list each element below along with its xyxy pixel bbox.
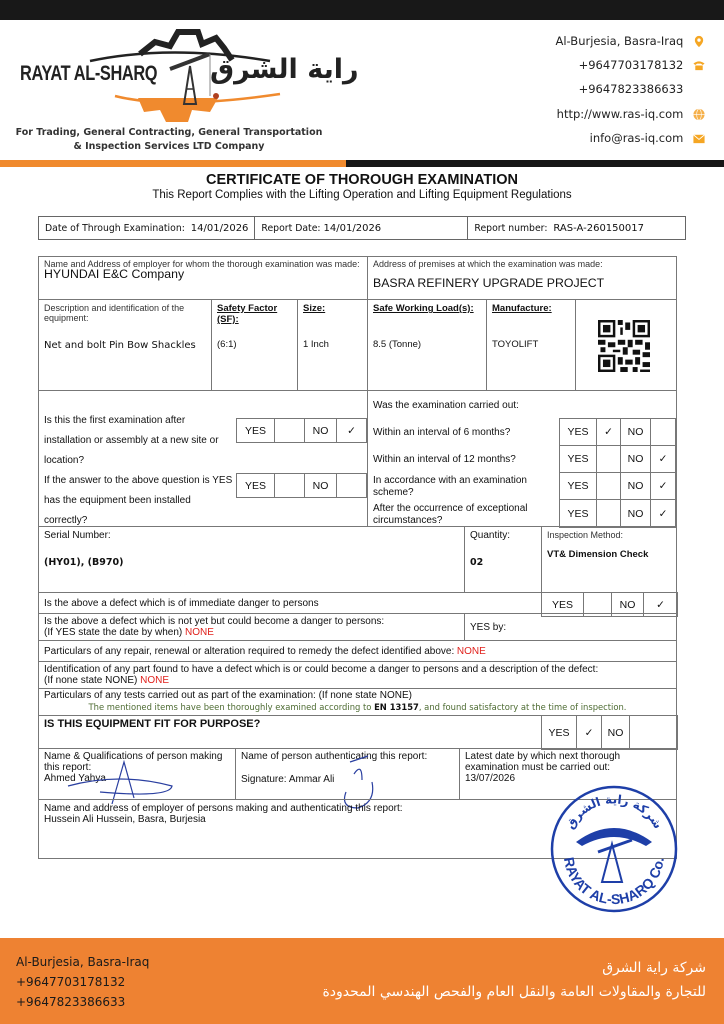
footer-arabic-line-1: شركة راية الشرق — [322, 956, 706, 980]
future-danger-question: Is the above a defect which is not yet b… — [44, 616, 459, 627]
scheme-yes-box[interactable] — [597, 473, 621, 500]
first-exam-cell: Is this the first examination after inst… — [38, 390, 368, 527]
identification-cell: Identification of any part found to have… — [38, 661, 677, 689]
qr-cell — [575, 299, 677, 391]
manufacture-value: TOYOLIFT — [492, 339, 570, 350]
accent-stripe-dark — [346, 160, 724, 167]
identification-label: Identification of any part found to have… — [44, 664, 671, 675]
identification-value: NONE — [140, 675, 169, 686]
inspection-method-cell: Inspection Method: VT& Dimension Check — [541, 526, 677, 593]
interval-6-no-box[interactable] — [651, 419, 676, 446]
interval-6-yes-box[interactable]: ✓ — [597, 419, 621, 446]
yes-by-cell: YES by: — [464, 613, 677, 641]
size-label: Size: — [303, 303, 362, 314]
contact-phone-2[interactable]: +9647823386633 — [486, 82, 706, 96]
interval-12-yes-box[interactable] — [597, 446, 621, 473]
inspection-method-value: VT& Dimension Check — [547, 549, 671, 560]
employer-cell: Name and Address of employer for whom th… — [38, 256, 368, 300]
next-exam-date: 13/07/2026 — [465, 773, 671, 784]
footer-contact: Al-Burjesia, Basra-Iraq +9647703178132 +… — [16, 952, 149, 1012]
footer-phone-1[interactable]: +9647703178132 — [16, 972, 149, 992]
fit-for-purpose-checkboxes: YES ✓ NO — [541, 715, 678, 750]
equipment-desc-value: Net and bolt Pin Bow Shackles — [44, 340, 206, 351]
fit-no-box[interactable] — [630, 716, 678, 750]
exam-date: 14/01/2026 — [191, 223, 249, 234]
repair-cell: Particulars of any repair, renewal or al… — [38, 640, 677, 662]
top-bar — [0, 0, 724, 20]
company-stamp-icon: RAYAT AL-SHARQ Co. شركة راية الشرق — [546, 784, 682, 914]
exceptional-no-box[interactable]: ✓ — [651, 500, 676, 528]
size-cell: Size: 1 Inch — [297, 299, 368, 391]
accent-stripe-orange — [0, 160, 346, 167]
contact-email[interactable]: info@ras-iq.com — [486, 131, 706, 145]
report-date: 14/01/2026 — [324, 223, 382, 234]
serial-value: (HY01), (B970) — [44, 557, 459, 568]
interval-12-question: Within an interval of 12 months? — [373, 454, 516, 465]
tests-standard: EN 13157 — [374, 702, 419, 712]
quantity-label: Quantity: — [470, 530, 536, 541]
swl-cell: Safe Working Load(s): 8.5 (Tonne) — [367, 299, 487, 391]
next-exam-label: Latest date by which next thorough exami… — [465, 751, 671, 773]
installed-correctly-question: If the answer to the above question is Y… — [44, 471, 234, 531]
tests-label: Particulars of any tests carried out as … — [44, 690, 671, 701]
serial-cell: Serial Number: (HY01), (B970) — [38, 526, 465, 593]
interval-12-no-box[interactable]: ✓ — [651, 446, 676, 473]
premises-cell: Address of premises at which the examina… — [367, 256, 677, 300]
safety-factor-label: Safety Factor (SF): — [217, 303, 292, 325]
swl-label: Safe Working Load(s): — [373, 303, 481, 314]
repair-value: NONE — [457, 646, 486, 657]
premises-value: BASRA REFINERY UPGRADE PROJECT — [373, 278, 671, 289]
installed-correctly-yes-box[interactable] — [275, 474, 305, 498]
exceptional-yes-box[interactable] — [597, 500, 621, 528]
yes-by-label: YES by: — [470, 622, 506, 633]
tagline-line-1: For Trading, General Contracting, Genera… — [14, 126, 324, 140]
scheme-no-box[interactable]: ✓ — [651, 473, 676, 500]
carried-out-label: Was the examination carried out: — [373, 400, 519, 411]
future-danger-value: NONE — [185, 627, 214, 638]
immediate-danger-question: Is the above a defect which is of immedi… — [44, 598, 319, 609]
certificate-subtitle: This Report Complies with the Lifting Op… — [0, 189, 724, 201]
safety-factor-cell: Safety Factor (SF): (6:1) — [211, 299, 298, 391]
inspection-method-label: Inspection Method: — [547, 530, 671, 540]
interval-6-question: Within an interval of 6 months? — [373, 427, 510, 438]
authenticator-name: Ammar Ali — [289, 774, 335, 785]
carried-out-checkboxes: YES ✓ NO YES NO ✓ YES NO ✓ YES NO ✓ — [559, 418, 676, 528]
tests-cell: Particulars of any tests carried out as … — [38, 688, 677, 716]
telephone-icon — [692, 59, 706, 72]
safety-factor-value: (6:1) — [217, 339, 292, 350]
footer-address: Al-Burjesia, Basra-Iraq — [16, 952, 149, 972]
report-header-table: Date of Through Examination: 14/01/2026 … — [38, 216, 686, 240]
equipment-desc-cell: Description and identification of the eq… — [38, 299, 212, 391]
footer-phone-2[interactable]: +9647823386633 — [16, 992, 149, 1012]
location-pin-icon — [692, 35, 706, 48]
first-exam-no-box[interactable]: ✓ — [337, 419, 367, 443]
serial-label: Serial Number: — [44, 530, 459, 541]
manufacture-cell: Manufacture: TOYOLIFT — [486, 299, 576, 391]
installed-correctly-checkboxes: YES NO — [236, 473, 367, 498]
footer-arabic-name: شركة راية الشرق للتجارة والمقاولات العام… — [322, 956, 706, 1004]
brand-name-ar: راية الشرق — [210, 54, 359, 85]
contact-address: Al-Burjesia, Basra-Iraq — [486, 34, 706, 48]
envelope-icon — [692, 132, 706, 145]
first-exam-yes-box[interactable] — [275, 419, 305, 443]
brand-name-en: RAYAT AL-SHARQ — [20, 62, 157, 86]
first-exam-question: Is this the first examination after inst… — [44, 411, 234, 471]
report-number: RAS-A-260150017 — [553, 223, 644, 234]
report-number-cell: Report number: RAS-A-260150017 — [468, 217, 686, 240]
repair-label: Particulars of any repair, renewal or al… — [44, 646, 454, 657]
equipment-desc-label: Description and identification of the eq… — [44, 303, 206, 323]
fit-yes-box[interactable]: ✓ — [577, 716, 602, 750]
size-value: 1 Inch — [303, 339, 362, 350]
contact-phone-1[interactable]: +9647703178132 — [486, 58, 706, 72]
installed-correctly-no-box[interactable] — [337, 474, 367, 498]
swl-value: 8.5 (Tonne) — [373, 339, 481, 350]
employer-value: HYUNDAI E&C Company — [44, 269, 362, 280]
qr-code-icon[interactable] — [598, 320, 650, 372]
certificate-title: CERTIFICATE OF THOROUGH EXAMINATION — [0, 172, 724, 188]
tagline-line-2: & Inspection Services LTD Company — [14, 140, 324, 154]
premises-label: Address of premises at which the examina… — [373, 259, 671, 269]
exam-date-cell: Date of Through Examination: 14/01/2026 — [39, 217, 255, 240]
quantity-value: 02 — [470, 557, 536, 568]
globe-icon — [692, 108, 706, 121]
scheme-question: In accordance with an examination scheme… — [373, 475, 553, 499]
future-danger-cell: Is the above a defect which is not yet b… — [38, 613, 465, 641]
manufacture-label: Manufacture: — [492, 303, 570, 314]
company-tagline: For Trading, General Contracting, Genera… — [14, 126, 324, 154]
report-date-cell: Report Date: 14/01/2026 — [255, 217, 468, 240]
footer-arabic-line-2: للتجارة والمقاولات العامة والنقل العام و… — [322, 980, 706, 1004]
fit-for-purpose-question: IS THIS EQUIPMENT FIT FOR PURPOSE? — [44, 718, 260, 730]
first-exam-checkboxes: YES NO ✓ — [236, 418, 367, 443]
contact-website[interactable]: http://www.ras-iq.com — [486, 107, 706, 121]
quantity-cell: Quantity: 02 — [464, 526, 542, 593]
tests-note: The mentioned items have been thoroughly… — [44, 702, 671, 713]
exceptional-question: After the occurrence of exceptional circ… — [373, 503, 553, 527]
